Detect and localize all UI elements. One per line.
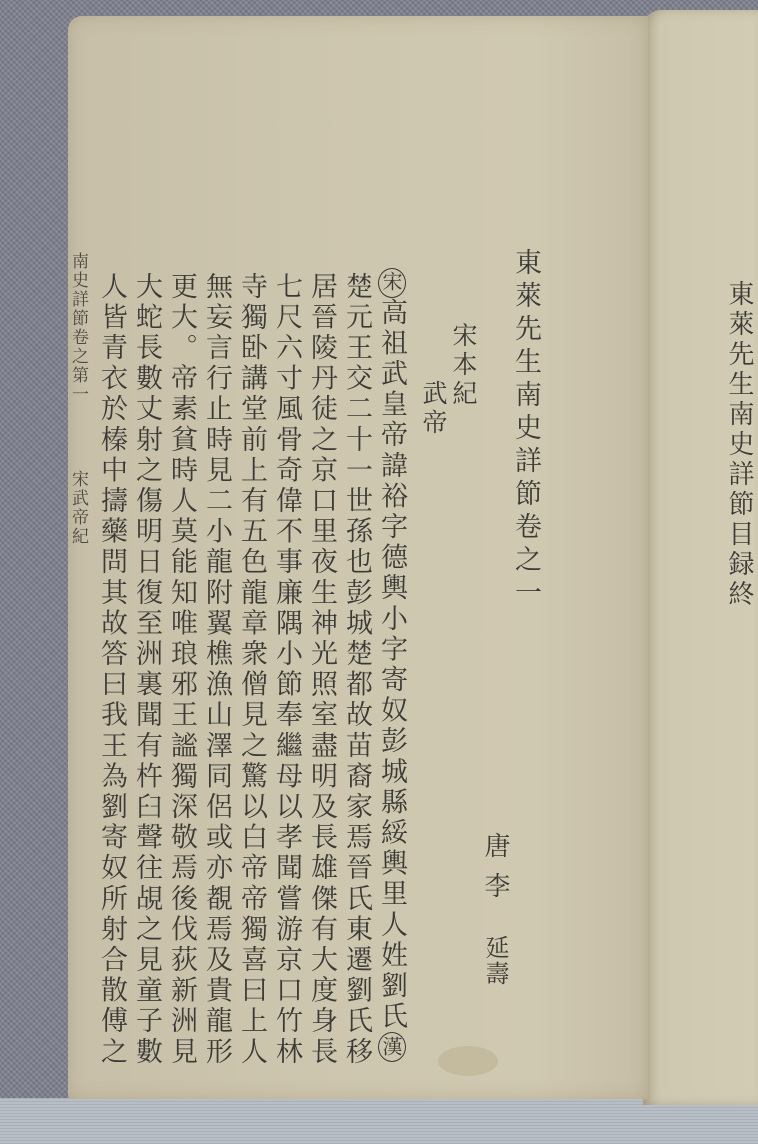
author-given-name: 延壽 [478,935,512,987]
section-title: 宋本紀 [446,322,480,409]
fold-edge-chapter-label: 宋武帝紀 [66,470,91,546]
chapter-title: 武帝 [416,380,450,438]
text-column-3: 居晉陵丹徒之京口里夜生神光照室盡明及長雄傑有大度身長 [304,272,338,1068]
text-column-6: 無妄言行止時見二小龍附翼樵漁山澤同侶或亦覩焉及貴龍形 [199,272,233,1068]
column-text: 高祖武皇帝諱裕字德輿小字寄奴彭城縣綏輿里人姓劉氏 [376,298,407,1032]
author-dynasty: 唐 [478,832,512,861]
right-page-title: 東萊先生南史詳節目録終 [722,280,756,610]
book-title: 東萊先生南史詳節卷之一 [508,248,542,611]
text-column-7: 更大。帝素貧時人莫能知唯琅邪王謐獨深敬焉後伐荻新洲見 [164,272,198,1068]
text-column-4: 七尺六寸風骨奇偉不事廉隅小節奉繼母以孝聞嘗游京口竹林 [269,272,303,1068]
paper-stain [438,1046,498,1076]
text-column-9: 人皆青衣於榛中擣藥問其故答曰我王為劉寄奴所射合散傅之 [94,272,128,1068]
text-column-1: 宋高祖武皇帝諱裕字德輿小字寄奴彭城縣綏輿里人姓劉氏漢 [374,268,408,1062]
circled-marker: 宋 [378,268,406,298]
text-column-8: 大蛇長數丈射之傷明日復至洲裏聞有杵臼聲往覘之見童子數 [129,272,163,1068]
fold-edge-book-label: 南史詳節卷之第一 [66,252,91,404]
author-surname: 李 [478,872,512,901]
circled-marker: 漢 [378,1032,406,1062]
text-column-5: 寺獨卧講堂前上有五色龍章衆僧見之驚以白帝帝獨喜曰上人 [234,272,268,1068]
text-column-2: 楚元王交二十一世孫也彭城楚都故苗裔家焉晉氏東遷劉氏移 [339,272,373,1068]
